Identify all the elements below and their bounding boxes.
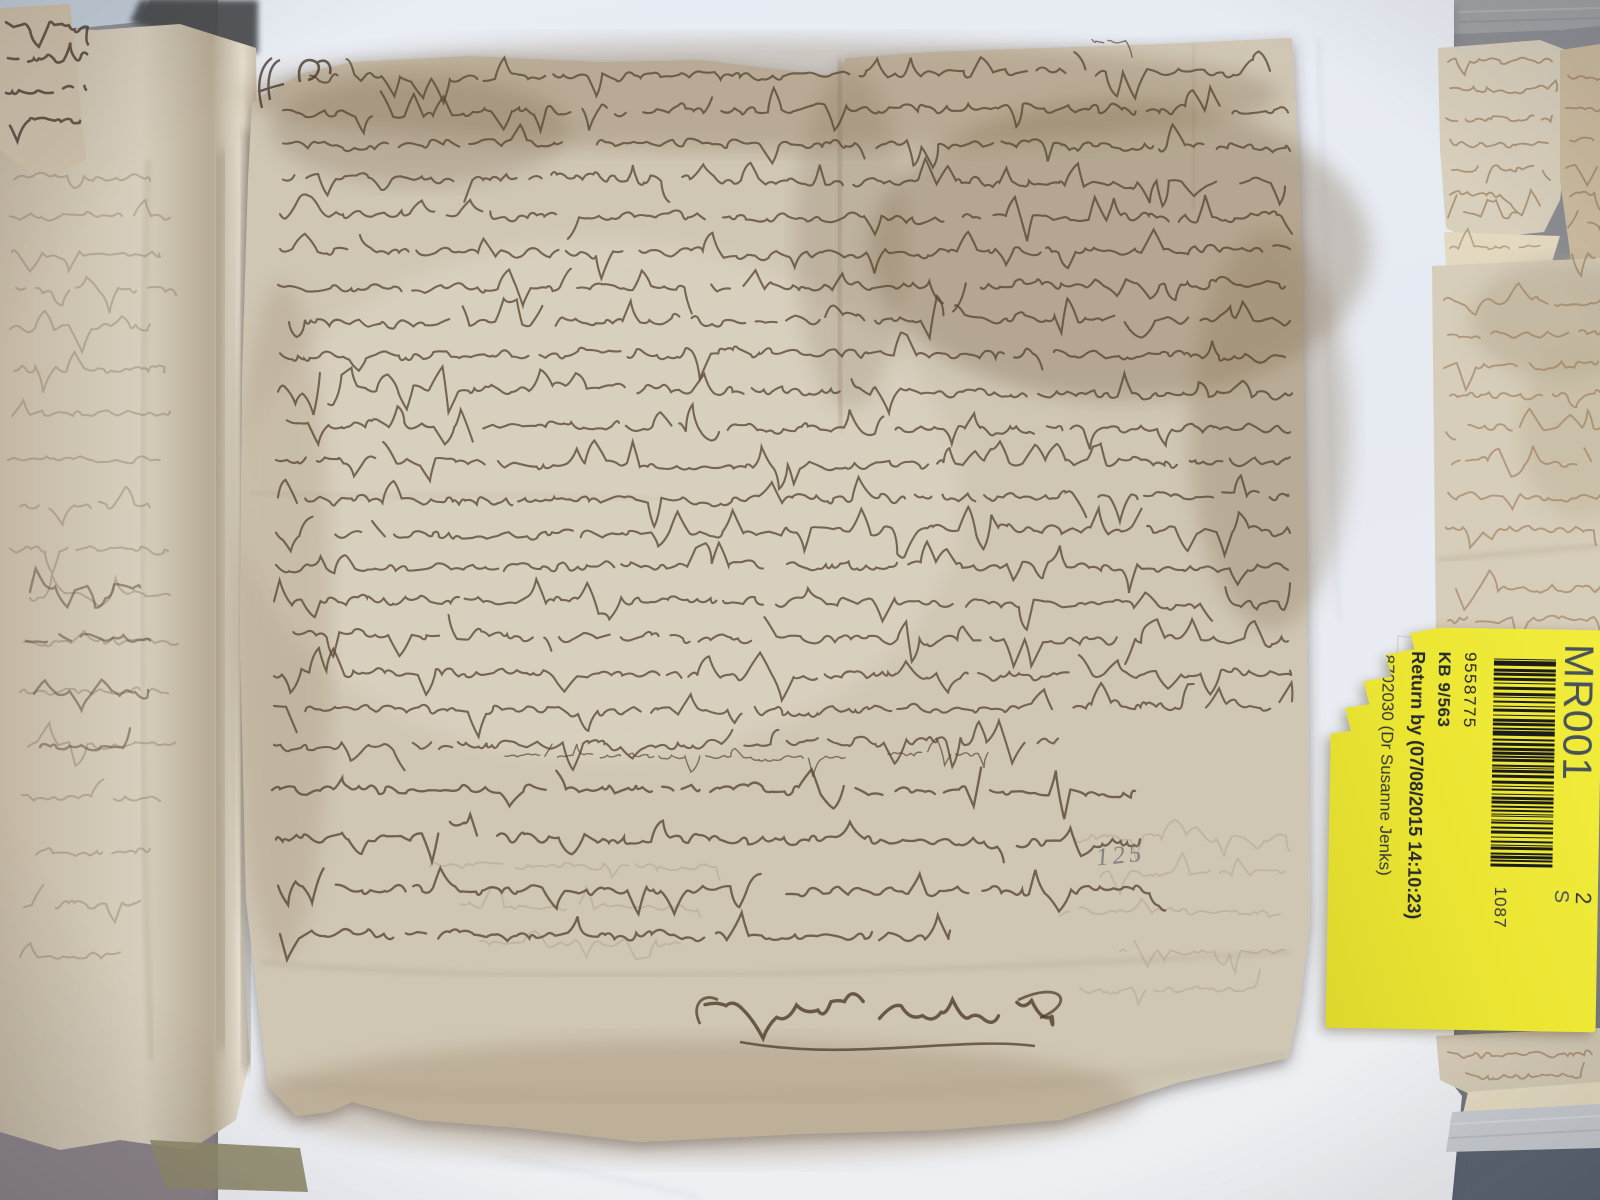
label-seat-row: 2 <box>1570 892 1596 905</box>
label-seat-letter: S <box>1549 889 1572 903</box>
label-reader-id: 8702030 (Dr Susanne Jenks) <box>1374 654 1398 875</box>
label-table-code: MR001 <box>1553 644 1600 782</box>
archive-photo: 125 MR001 2 S 1087 9558775 KB 9/563 Retu… <box>0 0 1600 1200</box>
archival-label-face: MR001 2 S 1087 9558775 KB 9/563 Return b… <box>1326 626 1600 1033</box>
label-seat-number: 1087 <box>1489 886 1510 928</box>
pencil-folio-number: 125 <box>1095 839 1147 872</box>
archival-label: MR001 2 S 1087 9558775 KB 9/563 Return b… <box>1321 624 1600 1041</box>
label-barcode <box>1490 658 1556 873</box>
label-return-by: Return by (07/08/2015 14:10:23) <box>1402 651 1428 919</box>
label-barcode-number: 9558775 <box>1459 652 1480 729</box>
label-document-reference: KB 9/563 <box>1433 651 1454 727</box>
